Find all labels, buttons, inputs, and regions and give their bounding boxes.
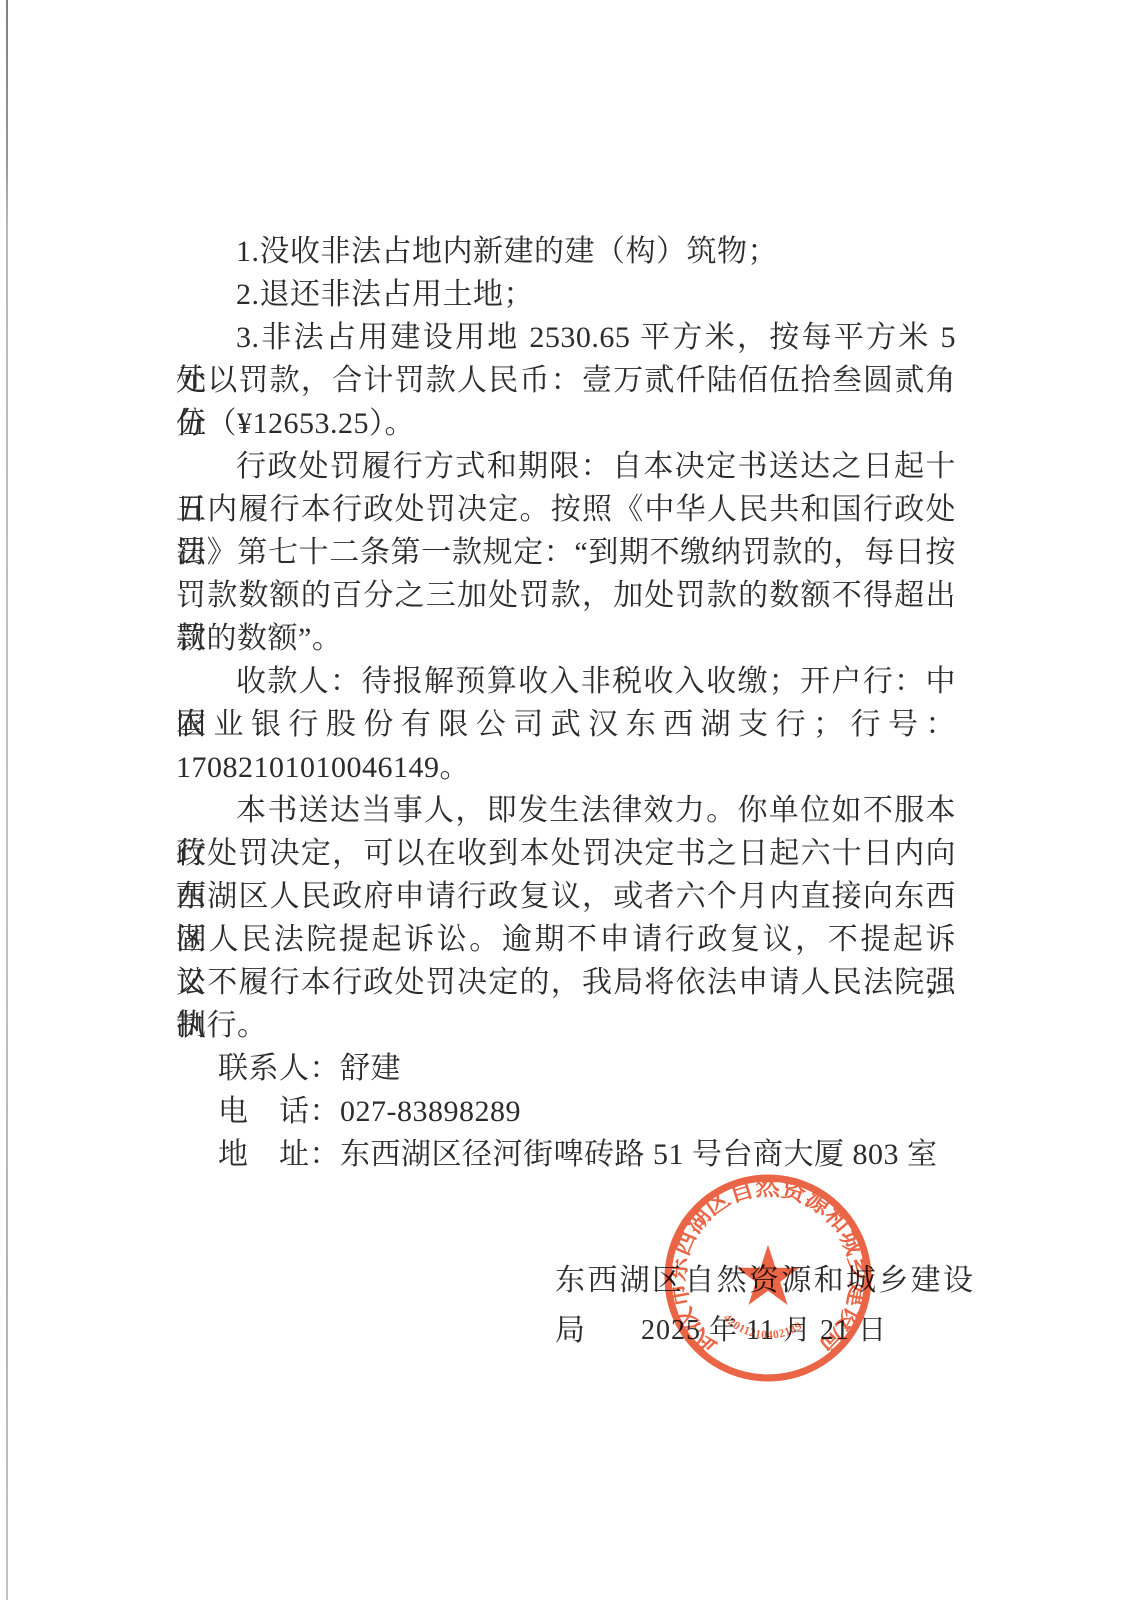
contact-person-line: 联系人：舒建 [176,1047,956,1090]
doc-line-bank-number: 17082101010046149。 [176,746,956,789]
doc-line: 区人民法院提起诉讼。逾期不申请行政复议，不提起诉讼， [176,918,956,961]
doc-line-appeal: 本书送达当事人，即发生法律效力。你单位如不服本行 [176,789,956,832]
signature-date: 2025 年 11 月 21 日 [555,1306,973,1356]
doc-line: 款的数额”。 [176,617,956,660]
doc-line-deadline: 行政处罚履行方式和期限：自本决定书送达之日起十五 [176,445,956,488]
doc-line-item-1: 1.没收非法占地内新建的建（构）筑物； [176,230,956,273]
signature-agency-name: 东西湖区自然资源和城乡建设局 [555,1256,973,1306]
contact-phone-line: 电 话：027-83898289 [176,1090,956,1133]
doc-line: 政处罚决定，可以在收到本处罚决定书之日起六十日内向东 [176,832,956,875]
doc-line: 又不履行本行政处罚决定的，我局将依法申请人民法院强制 [176,961,956,1004]
doc-line: 日内履行本行政处罚决定。按照《中华人民共和国行政处罚 [176,488,956,531]
doc-line: 西湖区人民政府申请行政复议，或者六个月内直接向东西湖 [176,875,956,918]
signature-block: 东西湖区自然资源和城乡建设局 2025 年 11 月 21 日 [555,1256,973,1356]
doc-line-bank: 农业银行股份有限公司武汉东西湖支行；行号： [176,703,956,746]
document-page: 1.没收非法占地内新建的建（构）筑物； 2.退还非法占用土地； 3.非法占用建设… [0,0,1131,1600]
doc-line-item-3: 3.非法占用建设用地 2530.65 平方米，按每平方米 5 元 [176,316,956,359]
doc-line-amount: 分（¥12653.25）。 [176,402,956,445]
contact-address-line: 地 址：东西湖区径河街啤砖路 51 号台商大厦 803 室 [176,1133,956,1176]
doc-line: 执行。 [176,1004,956,1047]
doc-line: 处以罚款，合计罚款人民币：壹万贰仟陆佰伍拾叁圆贰角伍 [176,359,956,402]
doc-line: 法》第七十二条第一款规定：“到期不缴纳罚款的，每日按 [176,531,956,574]
doc-line-payee: 收款人：待报解预算收入非税收入收缴；开户行：中国 [176,660,956,703]
document-body: 1.没收非法占地内新建的建（构）筑物； 2.退还非法占用土地； 3.非法占用建设… [176,230,956,1176]
doc-line-item-2: 2.退还非法占用土地； [176,273,956,316]
scan-edge-artifact [6,0,8,1600]
doc-line: 罚款数额的百分之三加处罚款，加处罚款的数额不得超出罚 [176,574,956,617]
